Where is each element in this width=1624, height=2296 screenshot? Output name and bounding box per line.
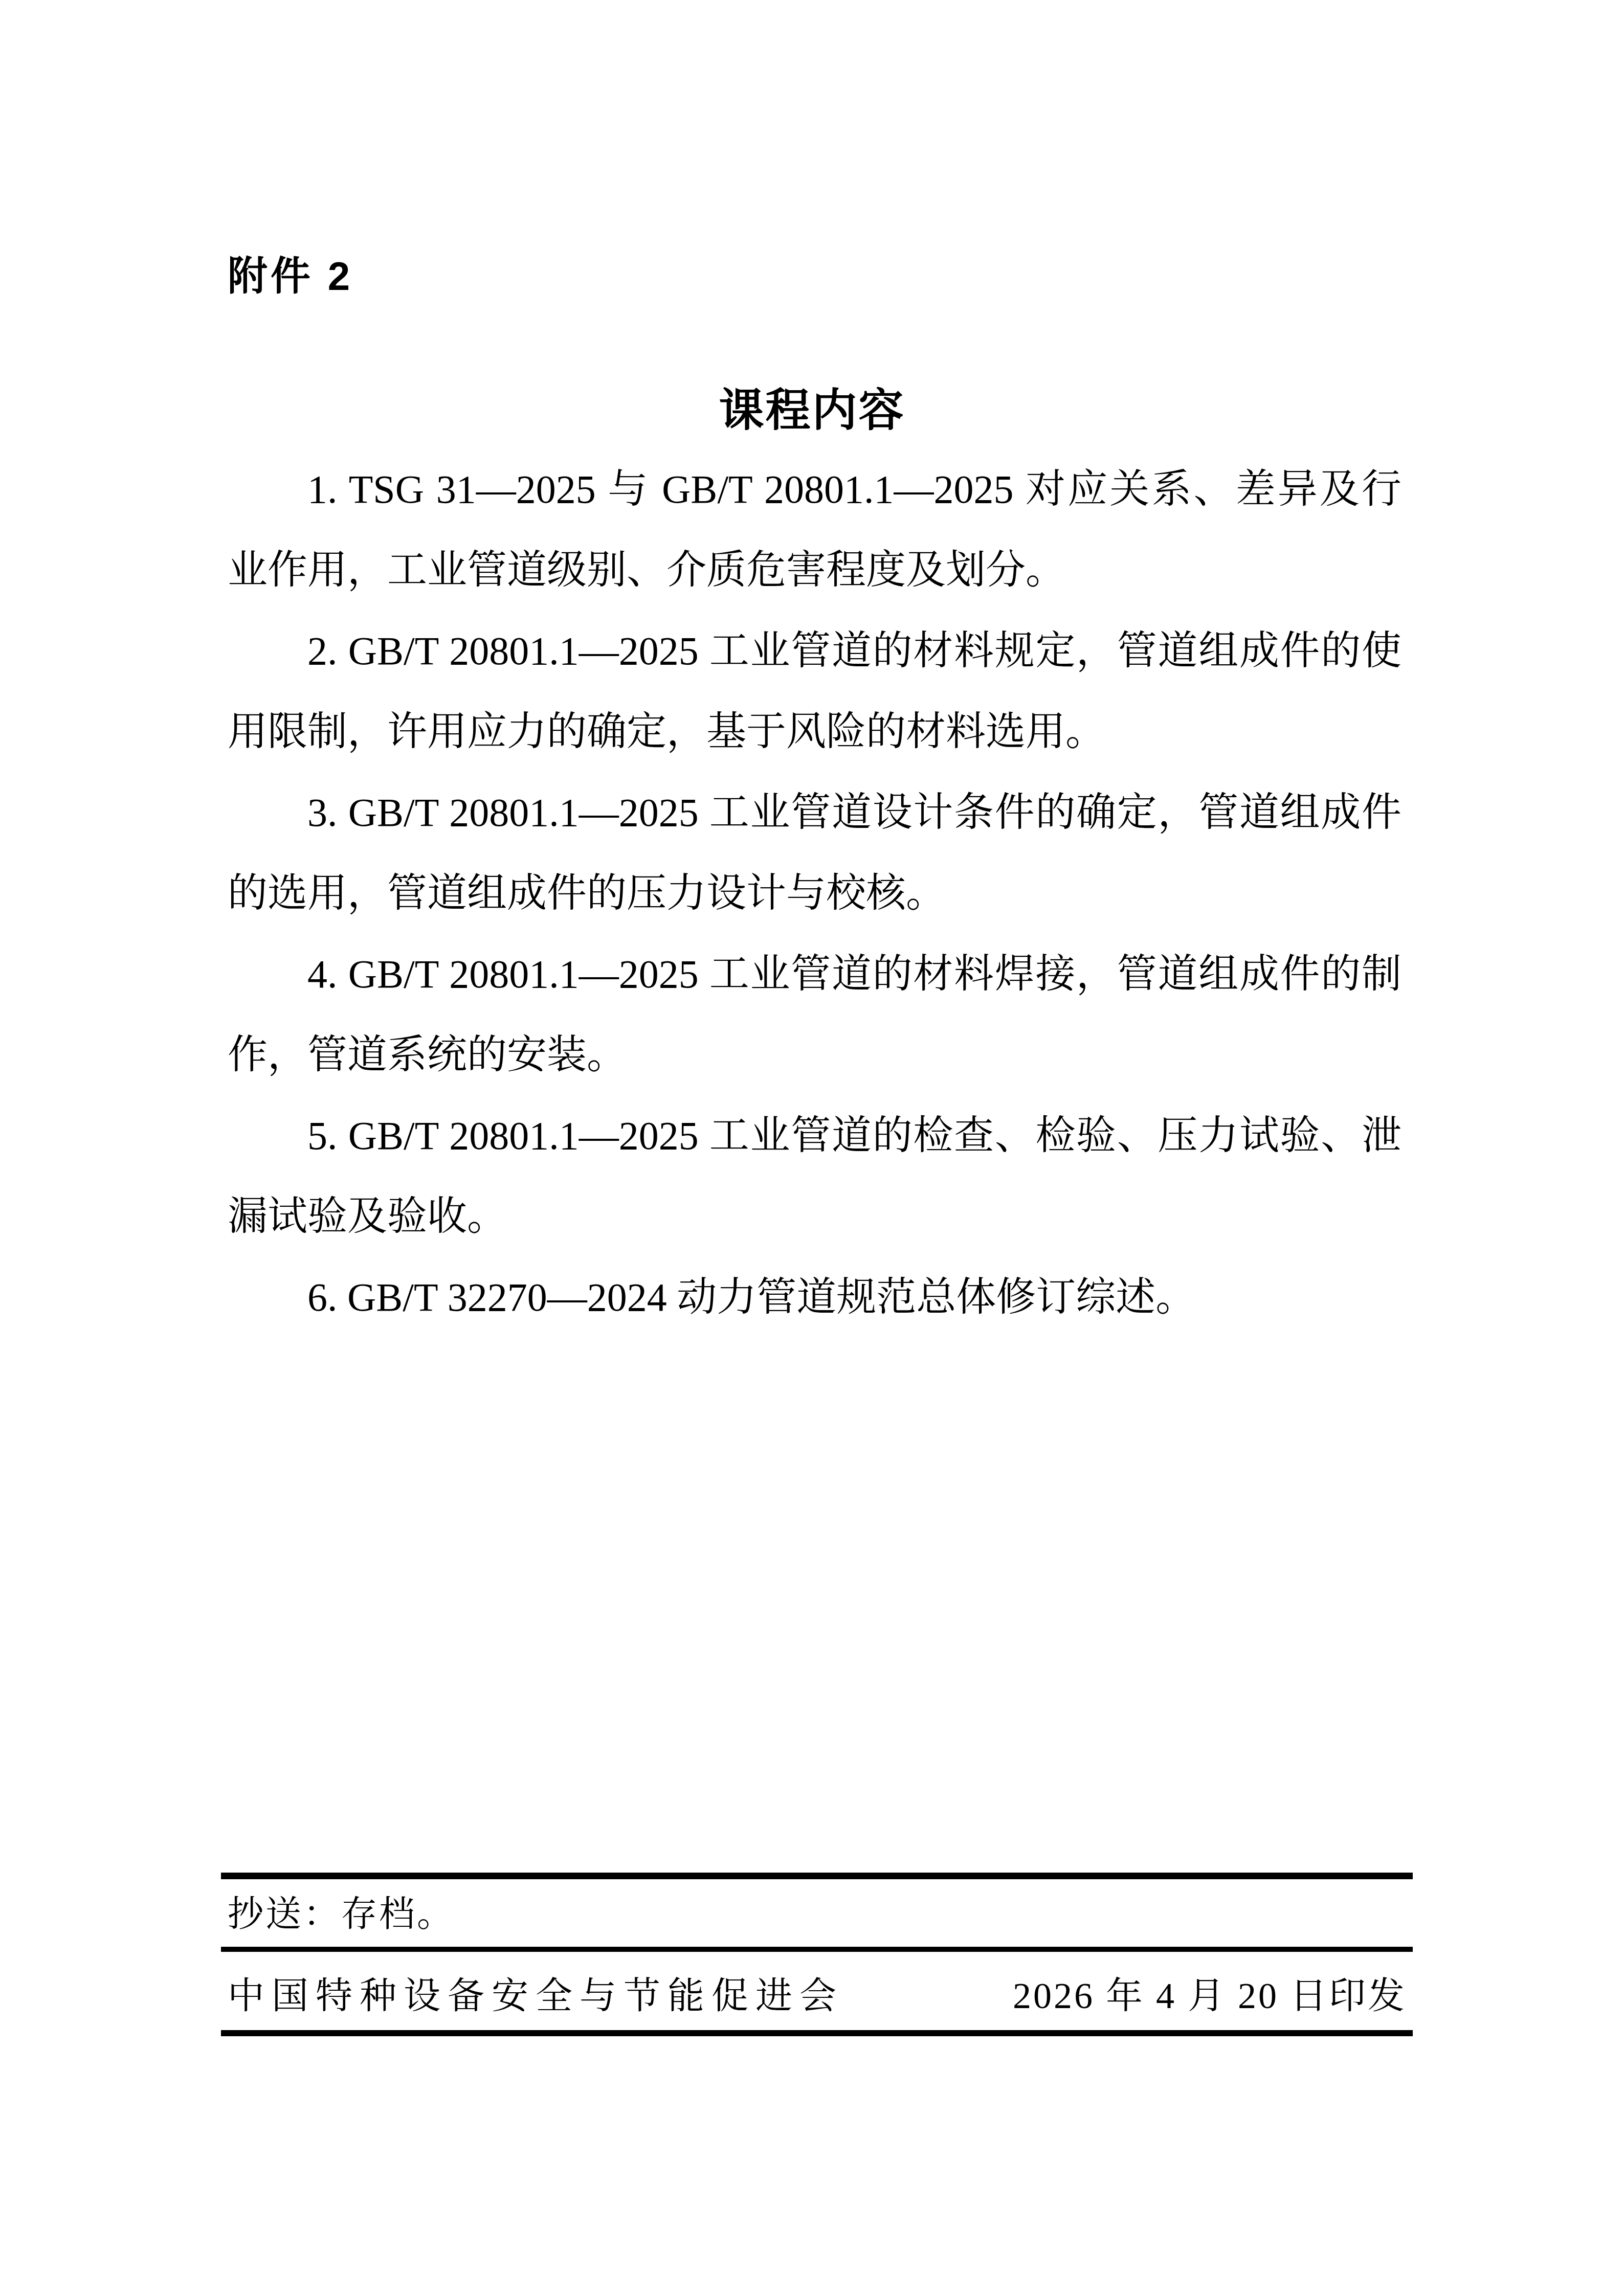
course-item-6: 6. GB/T 32270—2024 动力管道规范总体修订综述。 xyxy=(228,1257,1401,1338)
document-page: 附件 2 课程内容 1. TSG 31—2025 与 GB/T 20801.1—… xyxy=(0,0,1624,2296)
course-item-2: 2. GB/T 20801.1—2025 工业管道的材料规定，管道组成件的使用限… xyxy=(228,611,1401,772)
course-content-list: 1. TSG 31—2025 与 GB/T 20801.1—2025 对应关系、… xyxy=(228,449,1401,1338)
page-title: 课程内容 xyxy=(0,383,1624,439)
course-item-1: 1. TSG 31—2025 与 GB/T 20801.1—2025 对应关系、… xyxy=(228,449,1401,611)
course-item-5: 5. GB/T 20801.1—2025 工业管道的检查、检验、压力试验、泄漏试… xyxy=(228,1095,1401,1257)
issuing-organization: 中国特种设备安全与节能促进会 xyxy=(228,1968,843,2024)
course-item-4: 4. GB/T 20801.1—2025 工业管道的材料焊接，管道组成件的制作，… xyxy=(228,934,1401,1095)
footer-divider-middle xyxy=(221,1947,1413,1952)
footer-divider-bottom xyxy=(221,2030,1413,2036)
attachment-label: 附件 2 xyxy=(228,252,353,301)
course-item-3: 3. GB/T 20801.1—2025 工业管道设计条件的确定，管道组成件的选… xyxy=(228,772,1401,934)
print-date: 2026 年 4 月 20 日印发 xyxy=(1013,1968,1407,2024)
cc-line: 抄送：存档。 xyxy=(228,1892,455,1938)
footer-row: 中国特种设备安全与节能促进会 2026 年 4 月 20 日印发 xyxy=(228,1968,1407,2024)
footer-divider-top xyxy=(221,1873,1413,1879)
